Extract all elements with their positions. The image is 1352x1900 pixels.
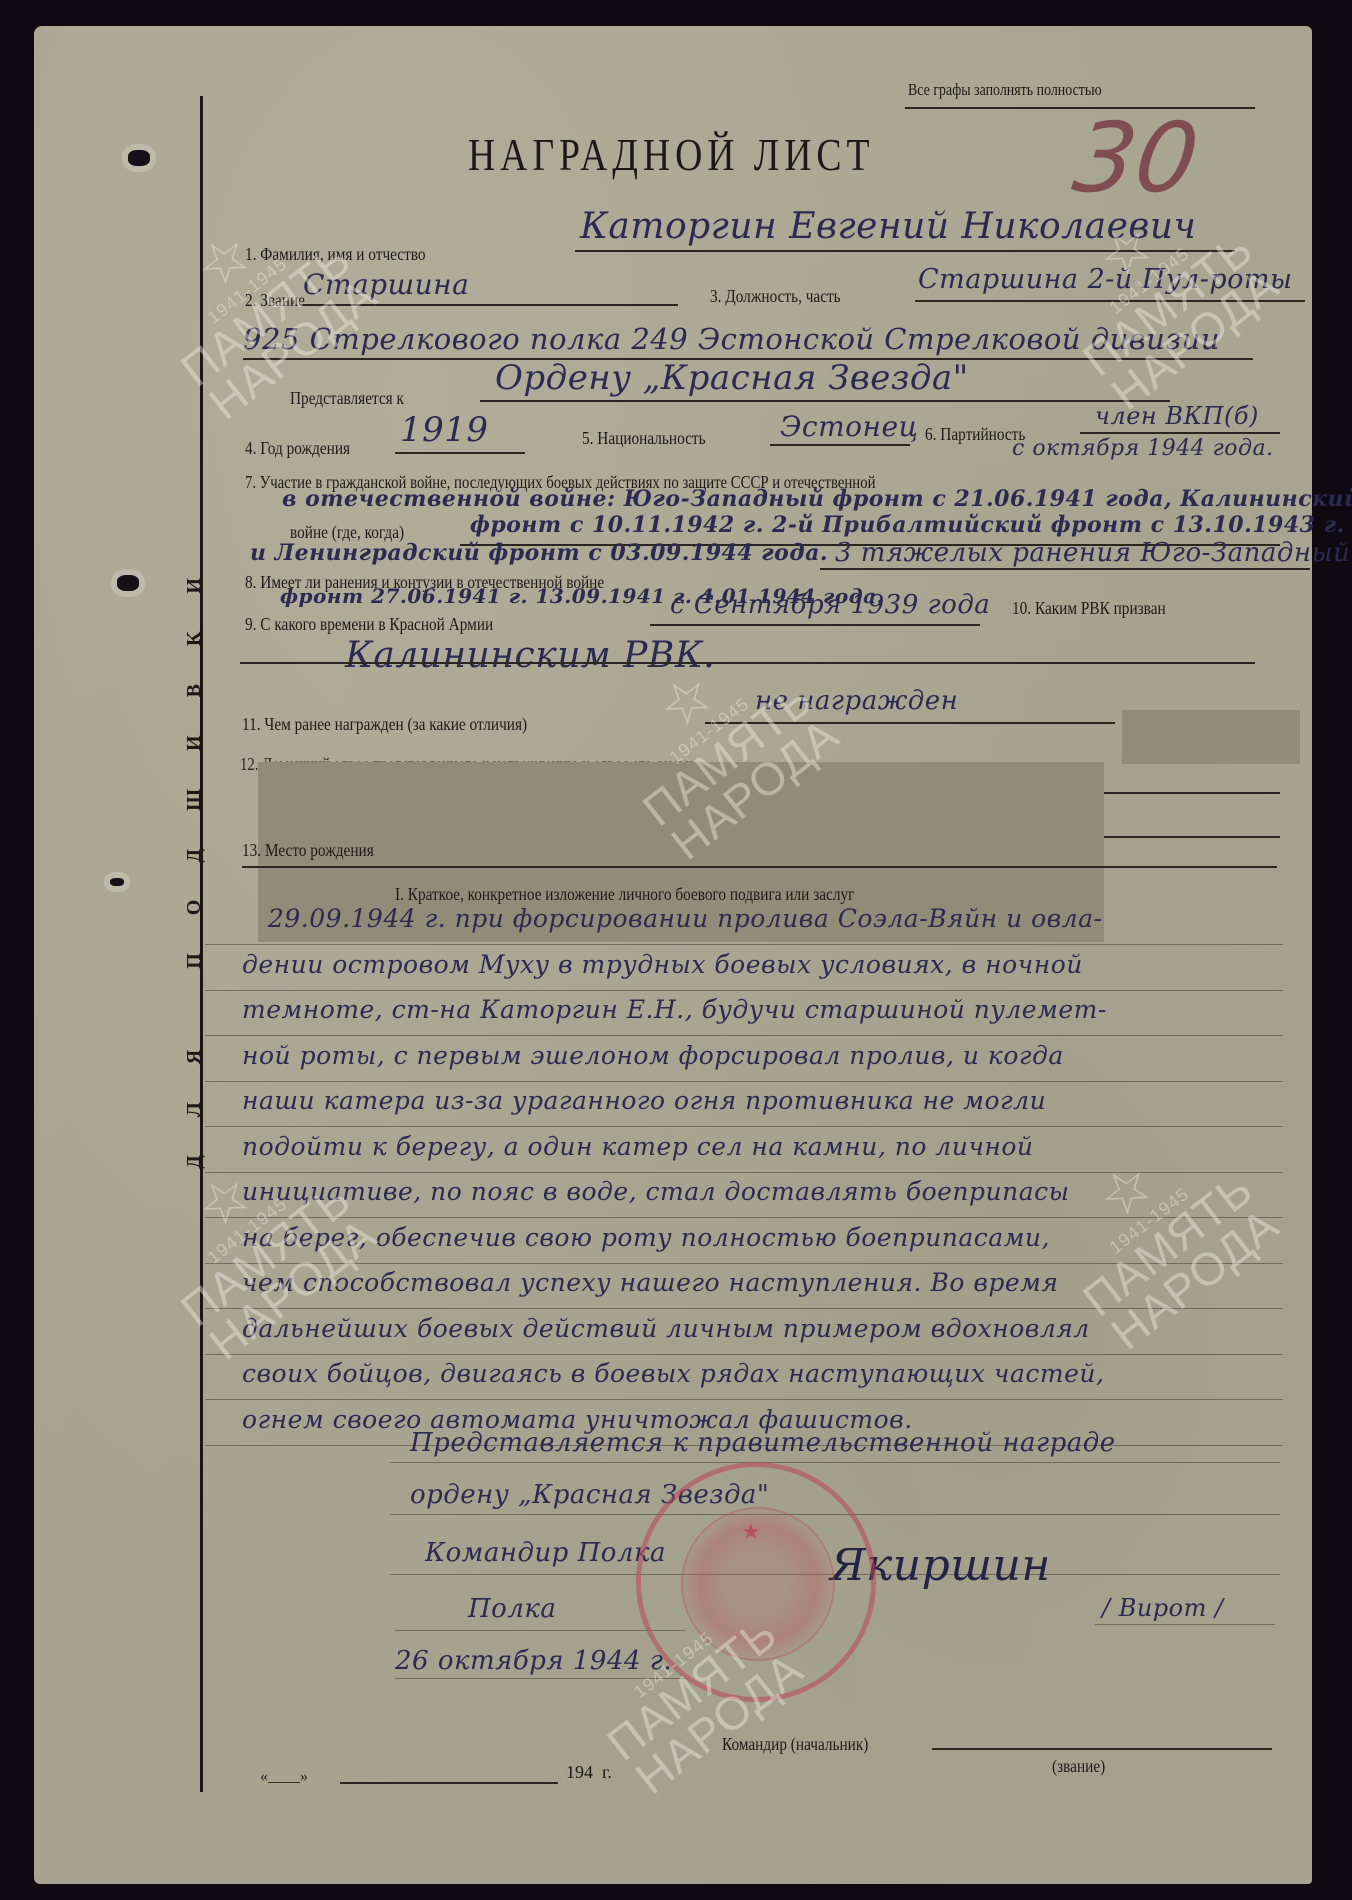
field-5-label: 5. Национальность xyxy=(582,428,727,449)
feat-line: ной роты, с первым эшелоном форсировал п… xyxy=(242,1041,1064,1070)
feat-line: наши катера из-за ураганного огня против… xyxy=(242,1086,1046,1115)
field-6-value: член ВКП(б) xyxy=(1095,402,1259,430)
field-11-label: 11. Чем ранее награжден (за какие отличи… xyxy=(242,714,577,735)
field-12-line xyxy=(1104,792,1280,794)
field-10-value: Калининским РВК. xyxy=(345,635,715,676)
field-1-value: Каторгин Евгений Николаевич xyxy=(580,206,1196,247)
ruled-line xyxy=(395,1678,685,1679)
field-8-value-line: 3 тяжелых ранения Юго-Западный xyxy=(835,538,1350,568)
feat-line: подойти к берегу, а один катер сел на ка… xyxy=(242,1132,1034,1161)
ruled-line xyxy=(205,1126,1283,1127)
margin-label: ДЛЯ ПОДШИВКИ xyxy=(183,540,206,1169)
field-6-line xyxy=(1080,432,1280,434)
ruled-line xyxy=(205,1354,1283,1355)
field-1-line xyxy=(575,250,1235,252)
feat-line: дальнейших боевых действий личным пример… xyxy=(242,1314,1090,1343)
punch-hole xyxy=(110,878,124,886)
footer-date-quote: «____» xyxy=(260,1768,308,1786)
field-2-value: Старшина xyxy=(303,268,469,301)
field-5-line xyxy=(770,444,910,446)
feat-line: инициативе, по пояс в воде, стал доставл… xyxy=(242,1177,1070,1206)
signer-name: / Вирот / xyxy=(1102,1594,1224,1622)
field-7-value-line: в отечественной войне: Юго-Западный фрон… xyxy=(282,486,1352,512)
ruled-line xyxy=(205,990,1283,991)
field-3-value: Старшина 2-й Пул-роты xyxy=(918,264,1293,295)
header-note: Все графы заполнять полностью xyxy=(908,80,1144,100)
footer-date-line xyxy=(340,1782,558,1784)
ruled-line xyxy=(205,1172,1283,1173)
field-11-line xyxy=(705,722,1115,724)
ruled-line xyxy=(205,1308,1283,1309)
field-4-line xyxy=(395,452,525,454)
ruled-line xyxy=(1095,1624,1275,1625)
redacted-field-12 xyxy=(1122,710,1300,764)
field-7-value-line: и Ленинградский фронт с 03.09.1944 года. xyxy=(250,540,828,566)
sheet-number: 30 xyxy=(1067,102,1205,214)
conclusion-date: 26 октября 1944 г. xyxy=(395,1646,672,1676)
rank-caption: (звание) xyxy=(1052,1756,1115,1777)
field-6-value-cont: с октября 1944 года. xyxy=(1012,436,1274,461)
field-9-line xyxy=(650,624,980,626)
field-4-value: 1919 xyxy=(400,410,489,450)
page-title: НАГРАДНОЙ ЛИСТ xyxy=(468,128,964,181)
feat-line: чем способствовал успеху нашего наступле… xyxy=(242,1268,1058,1297)
field-5-value: Эстонец xyxy=(780,410,919,443)
field-8-line xyxy=(820,568,1310,570)
field-9-label: 9. С какого времени в Красной Армии xyxy=(245,614,537,635)
nominated-value: Ордену „Красная Звезда" xyxy=(495,358,969,398)
field-9-value: с Сентября 1939 года xyxy=(670,590,990,620)
ruled-line xyxy=(395,1630,685,1631)
conclusion-line-1: Представляется к правительственной награ… xyxy=(410,1428,1116,1458)
field-7-value-line: фронт с 10.11.1942 г. 2-й Прибалтийский … xyxy=(470,512,1345,538)
footer-year: 194 г. xyxy=(566,1762,612,1783)
nominated-label: Представляется к xyxy=(290,388,424,409)
field-3-line xyxy=(915,300,1305,302)
field-1-label: 1. Фамилия, имя и отчество xyxy=(245,244,457,265)
feat-line: своих бойцов, двигаясь в боевых рядах на… xyxy=(242,1359,1104,1388)
field-13-label: 13. Место рождения xyxy=(242,840,397,861)
field-10-label: 10. Каким РВК призван xyxy=(1012,598,1193,619)
feat-line: дении островом Муху в трудных боевых усл… xyxy=(242,950,1083,979)
ruled-line xyxy=(205,1263,1283,1264)
punch-hole xyxy=(117,575,139,591)
ruled-line xyxy=(205,944,1283,945)
punch-hole xyxy=(128,150,150,166)
field-13-line xyxy=(242,866,1277,868)
field-10-line xyxy=(240,662,1255,664)
commander-label: Командир (начальник) xyxy=(722,1734,894,1755)
signer-title-2: Полка xyxy=(468,1594,556,1624)
feat-line: 29.09.1944 г. при форсировании пролива С… xyxy=(268,904,1103,933)
field-2-line xyxy=(300,304,678,306)
field-3-label: 3. Должность, часть xyxy=(710,286,864,307)
nominated-line xyxy=(480,400,1170,402)
field-3-value-cont: 925 Стрелкового полка 249 Эстонской Стре… xyxy=(243,322,1220,356)
feat-line: темноте, ст-на Каторгин Е.Н., будучи ста… xyxy=(242,995,1107,1024)
ruled-line xyxy=(205,1217,1283,1218)
ruled-line xyxy=(205,1399,1283,1400)
feat-line: на берег, обеспечив свою роту полностью … xyxy=(242,1223,1050,1252)
ruled-line xyxy=(205,1035,1283,1036)
star-icon: ★ xyxy=(741,1519,761,1545)
commander-line xyxy=(932,1748,1272,1750)
field-11-value: не награжден xyxy=(755,686,958,716)
ruled-line xyxy=(205,1081,1283,1082)
field-12-line-2 xyxy=(1104,836,1280,838)
round-seal-stamp: ★ xyxy=(636,1462,876,1702)
signer-title: Командир Полка xyxy=(425,1538,666,1568)
ruled-line xyxy=(390,1462,1280,1463)
field-4-label: 4. Год рождения xyxy=(245,438,369,459)
feat-heading: I. Краткое, конкретное изложение личного… xyxy=(395,884,935,905)
